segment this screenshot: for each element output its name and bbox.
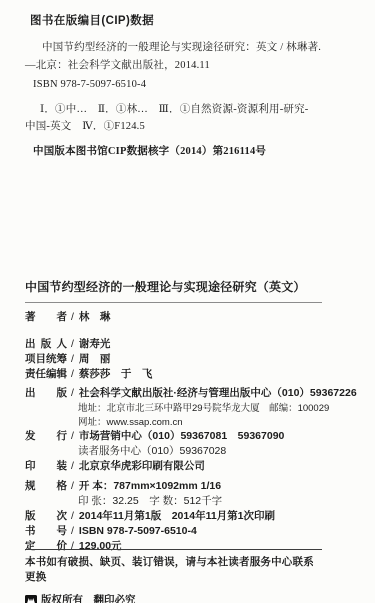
- field-row: 规格/开 本：787mm×1092mm 1/16: [25, 479, 322, 494]
- cip-entry-line1: 中国节约型经济的一般理论与实现途径研究：英文 / 林琳著.: [42, 40, 375, 56]
- copyright-logo-icon: [25, 595, 37, 603]
- field-subline: 读者服务中心（010）59367028: [25, 444, 322, 459]
- field-label: 责任编辑: [25, 367, 67, 382]
- cip-classification-line2: 中国-英文 Ⅳ．①F124.5: [25, 119, 375, 135]
- field-value: ISBN 978-7-5097-6510-4: [79, 525, 197, 537]
- field-group-gap: [25, 325, 322, 337]
- field-value: 市场营销中心（010）59367081 59367090: [79, 430, 284, 442]
- field-row: 出版/社会科学文献出版社·经济与管理出版中心（010）59367226: [25, 386, 322, 401]
- field-label: 项目统筹: [25, 352, 67, 367]
- field-separator: /: [71, 337, 74, 352]
- field-subline: 印 张：32.25 字 数：512千字: [25, 494, 322, 509]
- book-title: 中国节约型经济的一般理论与实现途径研究（英文）: [25, 279, 322, 303]
- field-separator: /: [71, 459, 74, 474]
- field-label: 出版人: [25, 337, 67, 352]
- field-label: 书号: [25, 524, 67, 539]
- field-label: 出版: [25, 386, 67, 401]
- field-label: 发行: [25, 429, 67, 444]
- cip-heading: 图书在版编目(CIP)数据: [30, 13, 375, 29]
- field-value: 2014年11月第1版 2014年11月第1次印刷: [79, 510, 275, 522]
- field-separator: /: [71, 509, 74, 524]
- field-row: 出版人/谢寿光: [25, 337, 322, 352]
- field-value: 林 琳: [79, 311, 111, 323]
- field-value: 北京京华虎彩印刷有限公司: [79, 460, 205, 472]
- field-label: 印装: [25, 459, 67, 474]
- field-separator: /: [71, 524, 74, 539]
- field-value: 开 本：787mm×1092mm 1/16: [79, 480, 221, 492]
- colophon-footer: 本书如有破损、缺页、装订错误，请与本社读者服务中心联系更换 版权所有 翻印必究: [25, 549, 322, 603]
- colophon-page: 图书在版编目(CIP)数据 中国节约型经济的一般理论与实现途径研究：英文 / 林…: [0, 0, 375, 603]
- field-row: 版次/2014年11月第1版 2014年11月第1次印刷: [25, 509, 322, 524]
- field-row: 著者/林 琳: [25, 310, 322, 325]
- field-subline: 地址：北京市北三环中路甲29号院华龙大厦 邮编：100029: [25, 401, 322, 415]
- colophon-main: 中国节约型经济的一般理论与实现途径研究（英文） 著者/林 琳出版人/谢寿光项目统…: [25, 279, 322, 554]
- cip-entry-line2: —北京：社会科学文献出版社，2014.11: [25, 58, 375, 74]
- field-value: 社会科学文献出版社·经济与管理出版中心（010）59367226: [79, 387, 357, 399]
- field-label: 规格: [25, 479, 67, 494]
- field-separator: /: [71, 352, 74, 367]
- damage-notice: 本书如有破损、缺页、装订错误，请与本社读者服务中心联系更换: [25, 555, 322, 585]
- field-separator: /: [71, 479, 74, 494]
- field-separator: /: [71, 367, 74, 382]
- field-separator: /: [71, 310, 74, 325]
- copyright-line: 版权所有 翻印必究: [25, 594, 322, 603]
- field-separator: /: [71, 429, 74, 444]
- field-label: 著者: [25, 310, 67, 325]
- field-value: 谢寿光: [79, 338, 111, 350]
- field-label: 版次: [25, 509, 67, 524]
- cip-classification-line1: Ⅰ．①中… Ⅱ．①林… Ⅲ．①自然资源-资源利用-研究-: [40, 102, 375, 118]
- field-row: 发行/市场营销中心（010）59367081 59367090: [25, 429, 322, 444]
- field-row: 项目统筹/周 丽: [25, 352, 322, 367]
- field-row: 印装/北京京华虎彩印刷有限公司: [25, 459, 322, 474]
- cip-isbn: ISBN 978-7-5097-6510-4: [33, 77, 375, 93]
- copyright-text: 版权所有 翻印必究: [41, 594, 136, 603]
- fields-list: 著者/林 琳出版人/谢寿光项目统筹/周 丽责任编辑/蔡莎莎 于 飞出版/社会科学…: [25, 310, 322, 554]
- field-row: 书号/ISBN 978-7-5097-6510-4: [25, 524, 322, 539]
- field-value: 周 丽: [79, 353, 111, 365]
- field-separator: /: [71, 386, 74, 401]
- field-row: 责任编辑/蔡莎莎 于 飞: [25, 367, 322, 382]
- cip-registry-number: 中国版本图书馆CIP数据核字（2014）第216114号: [33, 144, 375, 160]
- field-value: 蔡莎莎 于 飞: [79, 368, 153, 380]
- cip-block: 图书在版编目(CIP)数据 中国节约型经济的一般理论与实现途径研究：英文 / 林…: [0, 0, 375, 160]
- field-subline: 网址：www.ssap.com.cn: [25, 415, 322, 429]
